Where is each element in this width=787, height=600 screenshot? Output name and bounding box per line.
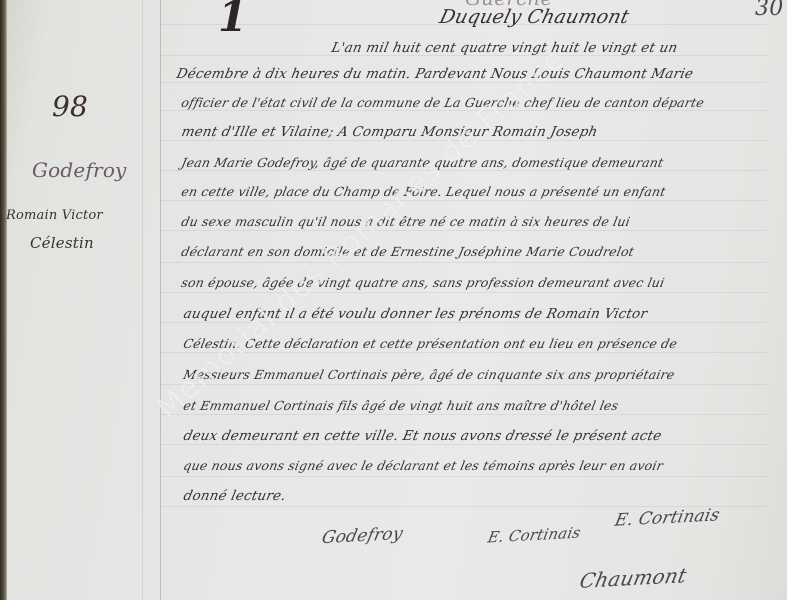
margin-given-names-line2: Célestin	[30, 234, 94, 252]
ruled-line	[160, 414, 767, 415]
body-line: Messieurs Emmanuel Cortinais père, âgé d…	[182, 367, 676, 382]
binding-edge	[0, 0, 7, 600]
margin-entry-number: 98	[52, 90, 88, 123]
signature-witness-2: E. Cortinais	[613, 505, 722, 531]
ruled-line	[160, 476, 767, 477]
ruled-line	[160, 82, 767, 83]
body-line: et Emmanuel Cortinais fils âgé de vingt …	[182, 398, 620, 413]
ruled-line	[160, 170, 767, 171]
ruled-line	[160, 292, 767, 293]
body-line: donné lecture.	[182, 488, 287, 504]
ruled-line	[160, 200, 767, 201]
ruled-line	[160, 262, 767, 263]
ruled-line	[160, 110, 767, 111]
signature-declarant: Godefroy	[320, 524, 405, 548]
ruled-line	[160, 384, 767, 385]
body-line: deux demeurant en cette ville. Et nous a…	[182, 428, 663, 444]
act-number-mark: 1	[218, 0, 247, 41]
page-number: 30	[755, 0, 783, 21]
body-line: Décembre à dix heures du matin. Pardevan…	[175, 66, 695, 82]
margin-rule	[160, 0, 161, 600]
body-line: déclarant en son domicile et de Ernestin…	[180, 244, 636, 259]
body-line: officier de l'état civil de la commune d…	[180, 95, 706, 110]
header-annotation: Duquely Chaumont	[437, 6, 631, 28]
ruled-line	[160, 444, 767, 445]
body-line: son épouse, âgée de vingt quatre ans, sa…	[180, 275, 666, 290]
ruled-line	[160, 230, 767, 231]
signature-officer: Chaumont	[577, 563, 689, 593]
body-line: ment d'Ille et Vilaine; A Comparu Monsie…	[180, 124, 599, 140]
margin-given-names: Romain Victor	[6, 208, 103, 223]
margin-rule-inner	[142, 0, 143, 600]
signature-witness-1: E. Cortinais	[486, 523, 582, 546]
body-line: que nous avons signé avec le déclarant e…	[182, 458, 665, 473]
body-line: L'an mil huit cent quatre vingt huit le …	[330, 40, 679, 56]
document-page: 1 Guerche Duquely Chaumont 30 98 Godefro…	[0, 0, 787, 600]
margin-surname: Godefroy	[32, 158, 127, 182]
